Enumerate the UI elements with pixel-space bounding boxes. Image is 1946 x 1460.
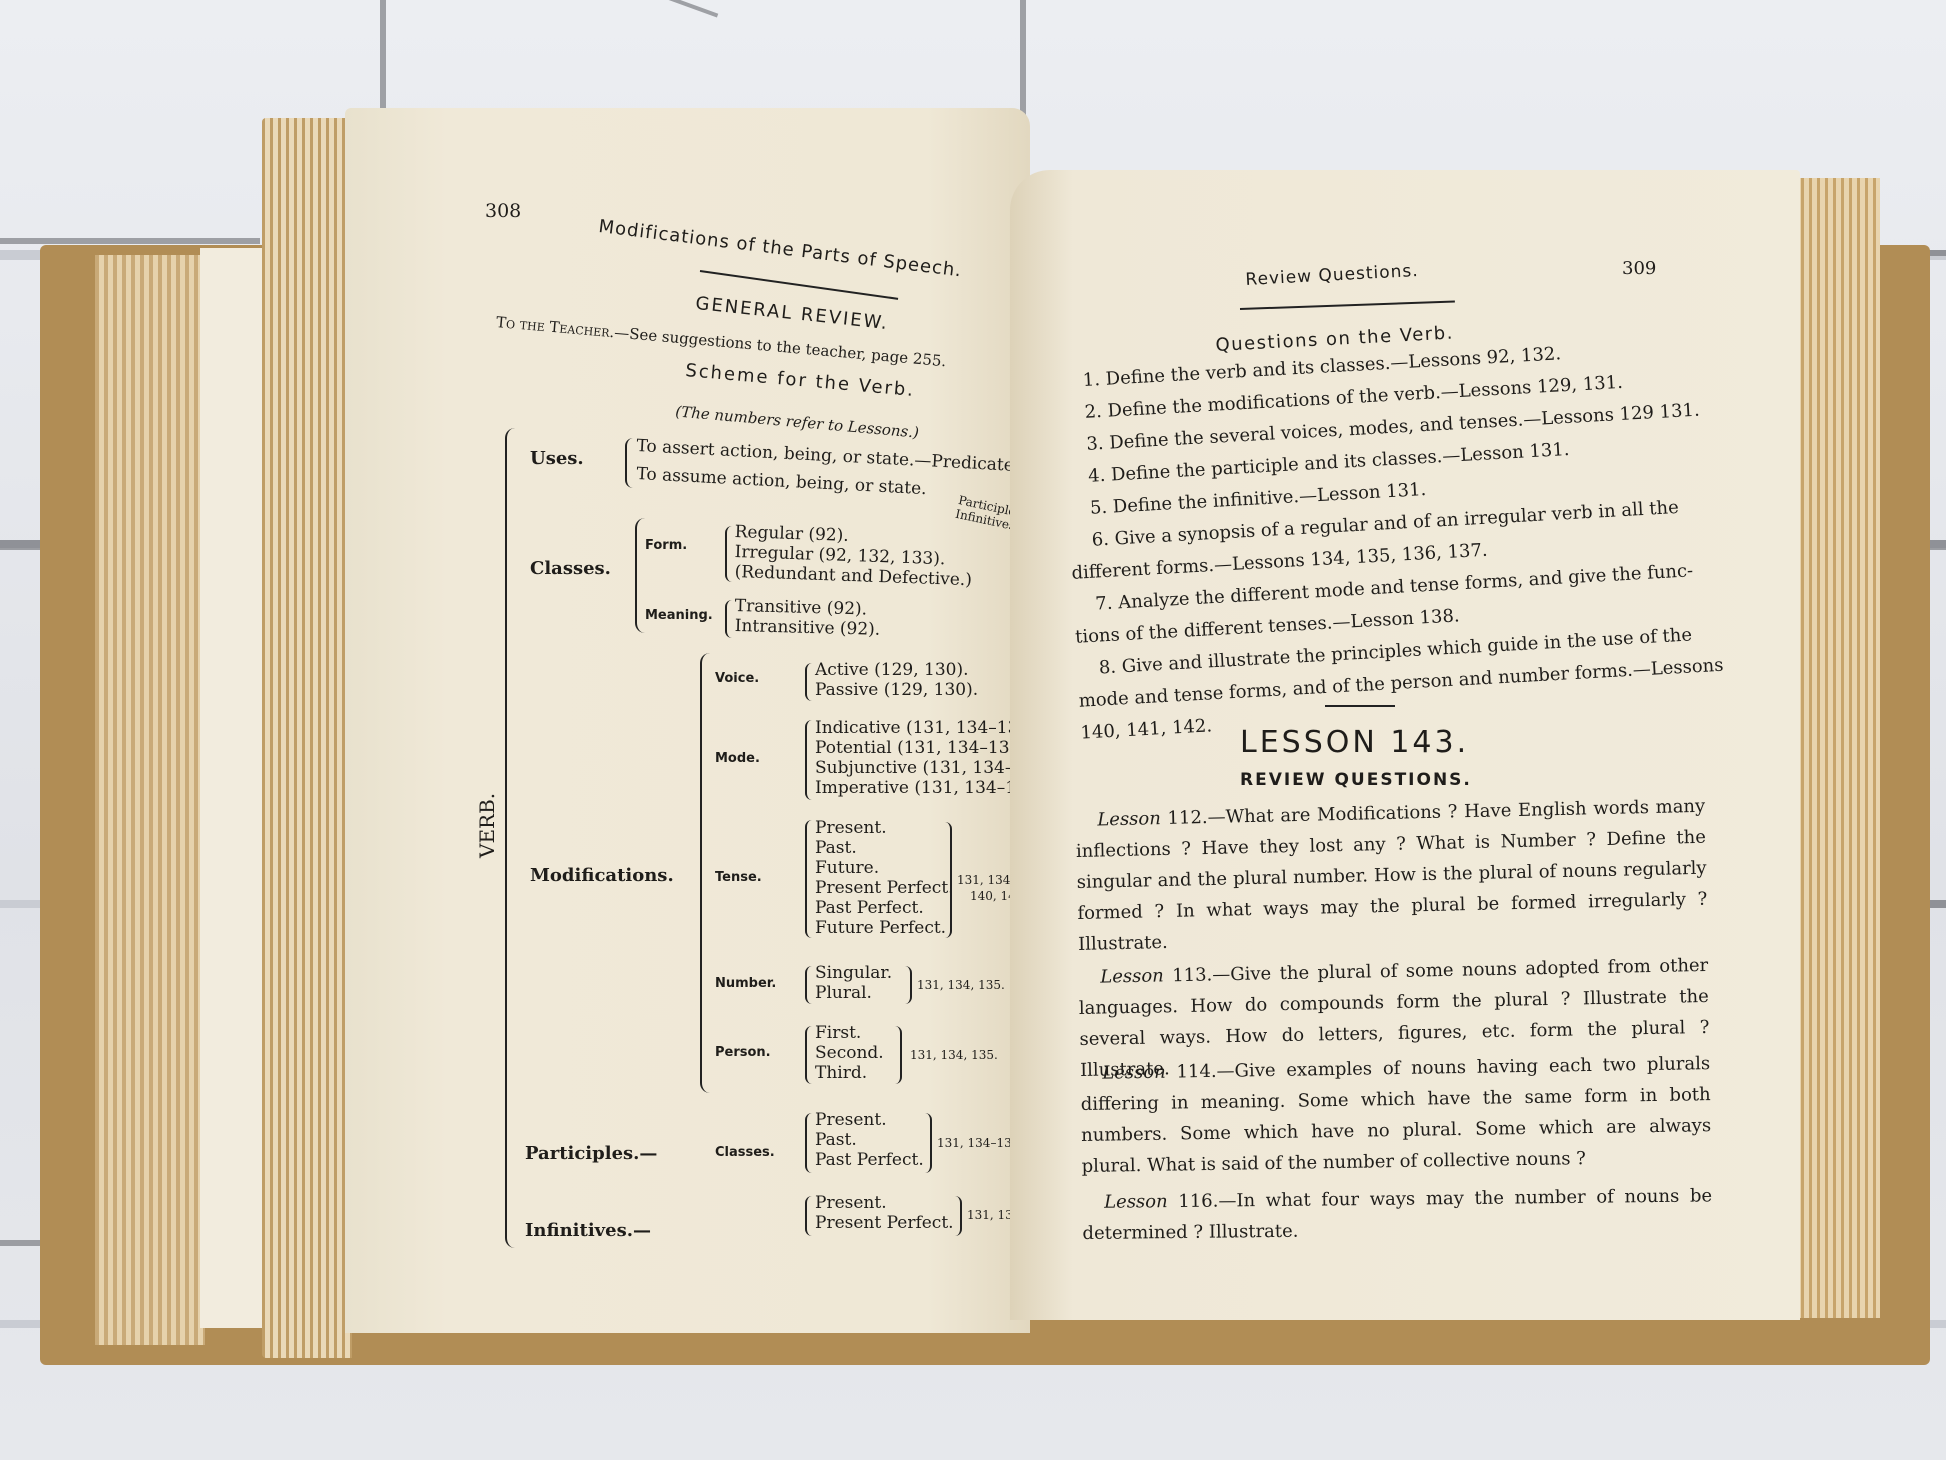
- infinitive-present-perfect: Present Perfect.: [815, 1213, 954, 1233]
- person-brace: [805, 1026, 812, 1084]
- header-rule: [1240, 300, 1455, 310]
- mode-potential: Potential (131, 134–137).: [815, 738, 1032, 758]
- modifications-label: Modifications.: [530, 865, 674, 886]
- person-second: Second.: [815, 1043, 884, 1063]
- right-page: Review Questions. 309 Questions on the V…: [1010, 170, 1800, 1320]
- mode-label: Mode.: [715, 751, 760, 766]
- left-page: 308 Modifications of the Parts of Speech…: [345, 108, 1030, 1333]
- infinitive-present: Present.: [815, 1193, 887, 1213]
- running-head: Modifications of the Parts of Speech.: [597, 216, 963, 281]
- participles-close-brace: [925, 1113, 932, 1173]
- uses-brace: [625, 438, 633, 488]
- number-brace: [805, 966, 812, 1004]
- uses-item-assume: To assume action, being, or state.: [636, 464, 927, 499]
- lesson-tag: Lesson: [1102, 1062, 1166, 1084]
- section-title: GENERAL REVIEW.: [694, 293, 889, 334]
- mode-indicative: Indicative (131, 134–137).: [815, 718, 1041, 738]
- tense-future: Future.: [815, 858, 879, 878]
- verb-label: VERB.: [475, 793, 499, 858]
- voice-label: Voice.: [715, 671, 759, 686]
- modifications-brace: [700, 653, 710, 1093]
- meaning-intransitive: Intransitive (92).: [734, 616, 880, 640]
- page-number: 309: [1622, 258, 1656, 279]
- teacher-note-text: —See suggestions to the teacher, page 25…: [614, 323, 947, 370]
- form-brace: [725, 526, 732, 582]
- participles-classes-label: Classes.: [715, 1145, 775, 1160]
- left-page-stack: [262, 118, 352, 1358]
- classes-label: Classes.: [530, 558, 611, 579]
- scheme-title: Scheme for the Verb.: [685, 360, 916, 401]
- lesson-112-paragraph: Lesson 112.—What are Modifications ? Hav…: [1075, 791, 1708, 960]
- teacher-note-lead: To the Teacher.: [495, 313, 615, 341]
- mortar-line: [0, 1240, 45, 1246]
- header-rule: [700, 270, 898, 300]
- tense-present: Present.: [815, 818, 887, 838]
- participles-brace: [805, 1113, 812, 1173]
- participle-past: Past.: [815, 1130, 857, 1150]
- voice-active: Active (129, 130).: [815, 660, 969, 680]
- tense-label: Tense.: [715, 870, 762, 885]
- participle-present: Present.: [815, 1110, 887, 1130]
- page-number: 308: [485, 200, 521, 222]
- review-questions-title: REVIEW QUESTIONS.: [1240, 770, 1472, 790]
- mortar-line: [642, 0, 719, 18]
- participle-past-perfect: Past Perfect.: [815, 1150, 924, 1170]
- person-first: First.: [815, 1023, 861, 1043]
- voice-brace: [805, 663, 812, 701]
- mode-brace: [805, 720, 812, 800]
- verb-brace: [505, 428, 517, 1248]
- number-close-brace: [905, 966, 912, 1004]
- person-close-brace: [895, 1026, 902, 1084]
- running-head: Review Questions.: [1245, 261, 1419, 290]
- lesson-116-paragraph: Lesson 116.—In what four ways may the nu…: [1082, 1180, 1713, 1249]
- infinitives-label: Infinitives.—: [525, 1220, 651, 1241]
- tense-past: Past.: [815, 838, 857, 858]
- person-third: Third.: [815, 1063, 867, 1083]
- form-label: Form.: [645, 538, 687, 553]
- tense-future-perfect: Future Perfect.: [815, 918, 946, 938]
- questions-list: 1. Define the verb and its classes.—Less…: [1082, 330, 1726, 748]
- uses-label: Uses.: [530, 448, 584, 469]
- participles-label: Participles.—: [525, 1143, 657, 1164]
- mortar-line: [380, 0, 386, 110]
- number-plural: Plural.: [815, 983, 872, 1003]
- number-singular: Singular.: [815, 963, 892, 983]
- meaning-label: Meaning.: [645, 608, 713, 623]
- voice-passive: Passive (129, 130).: [815, 680, 978, 700]
- paragraph-text: 112.—What are Modifications ? Have Engli…: [1076, 796, 1708, 955]
- tense-past-perfect: Past Perfect.: [815, 898, 924, 918]
- left-page-edges: [95, 255, 205, 1345]
- lesson-tag: Lesson: [1097, 808, 1161, 830]
- scheme-note: (The numbers refer to Lessons.): [675, 402, 920, 441]
- lesson-114-paragraph: Lesson 114.—Give examples of nouns havin…: [1080, 1048, 1712, 1182]
- lesson-title: LESSON 143.: [1240, 725, 1469, 760]
- mortar-line: [0, 540, 45, 550]
- paragraph-text: 114.—Give examples of nouns having each …: [1081, 1053, 1712, 1177]
- mortar-line: [0, 238, 260, 244]
- person-refs: 131, 134, 135.: [910, 1048, 998, 1062]
- number-label: Number.: [715, 976, 776, 991]
- number-refs: 131, 134, 135.: [917, 978, 1005, 992]
- infinitives-brace: [805, 1196, 812, 1236]
- section-divider: [1325, 705, 1395, 707]
- person-label: Person.: [715, 1045, 771, 1060]
- lesson-tag: Lesson: [1100, 965, 1164, 987]
- meaning-brace: [725, 600, 732, 638]
- tense-close-brace: [945, 822, 952, 938]
- infinitives-close-brace: [955, 1196, 962, 1236]
- paragraph-text: 116.—In what four ways may the number of…: [1082, 1185, 1712, 1244]
- tense-brace: [805, 820, 812, 938]
- lesson-tag: Lesson: [1104, 1191, 1168, 1213]
- tense-present-perfect: Present Perfect.: [815, 878, 954, 898]
- classes-brace: [635, 518, 645, 633]
